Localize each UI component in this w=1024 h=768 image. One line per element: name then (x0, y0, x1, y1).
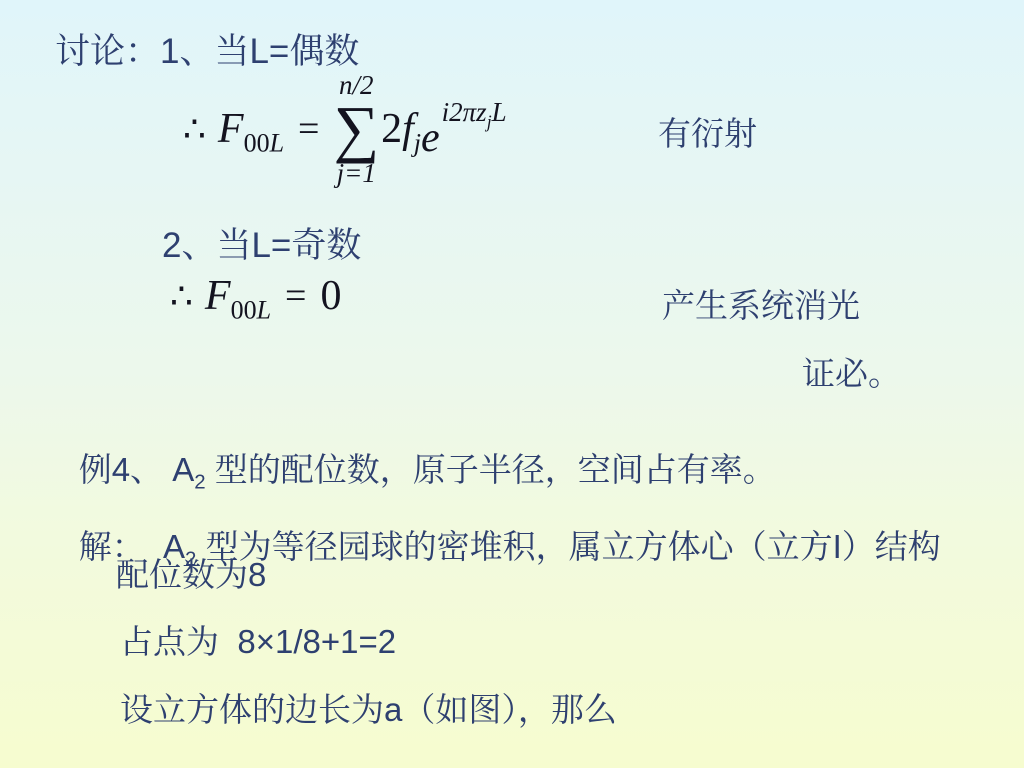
formula-exponential-term: ei2πzjL (421, 97, 507, 162)
summation: n/2 ∑ j=1 (333, 72, 379, 187)
label-qed: 证必。 (802, 348, 901, 395)
heading-odd-case: 2、当L=奇数 (162, 218, 361, 268)
coefficient-2: 2 (381, 105, 402, 153)
label-has-diffraction: 有衍射 (658, 108, 757, 155)
label-systematic-extinction: 产生系统消光 (662, 280, 860, 327)
equals-sign: = (298, 107, 319, 151)
line-lattice-points: 占点为 8×1/8+1=2 (120, 616, 396, 663)
sigma-symbol: ∑ (333, 99, 379, 160)
formula-F-term: F00L (205, 272, 271, 320)
presentation-slide: 讨论：1、当L=偶数 ∴ F00L = n/2 ∑ j=1 2 fj ei2πz… (0, 0, 1024, 768)
line-coordination-number: 配位数为8 (116, 549, 266, 596)
line-cube-edge: 设立方体的边长为a（如图），那么 (120, 684, 617, 731)
subscript-00: 00 (231, 295, 257, 324)
sum-lower-bound: j=1 (337, 160, 376, 187)
therefore-symbol: ∴ (170, 275, 193, 317)
formula-structure-factor-zero: ∴ F00L = 0 (170, 272, 341, 320)
formula-f-term: fj (402, 105, 421, 153)
subscript-L: L (270, 129, 284, 158)
formula-structure-factor-even: ∴ F00L = n/2 ∑ j=1 2 fj ei2πzjL (183, 72, 507, 187)
solution-text: 型为等径园球的密堆积，属立方体心（立方I）结构 (196, 528, 940, 565)
therefore-symbol: ∴ (183, 108, 206, 150)
zero-value: 0 (320, 272, 341, 320)
subscript-L: L (257, 295, 271, 324)
formula-F-term: F00L (218, 105, 284, 153)
subscript-00: 00 (244, 129, 270, 158)
heading-discussion-even: 讨论：1、当L=偶数 (55, 24, 359, 74)
exponent: i2πzjL (442, 97, 507, 127)
equals-sign: = (285, 274, 306, 318)
